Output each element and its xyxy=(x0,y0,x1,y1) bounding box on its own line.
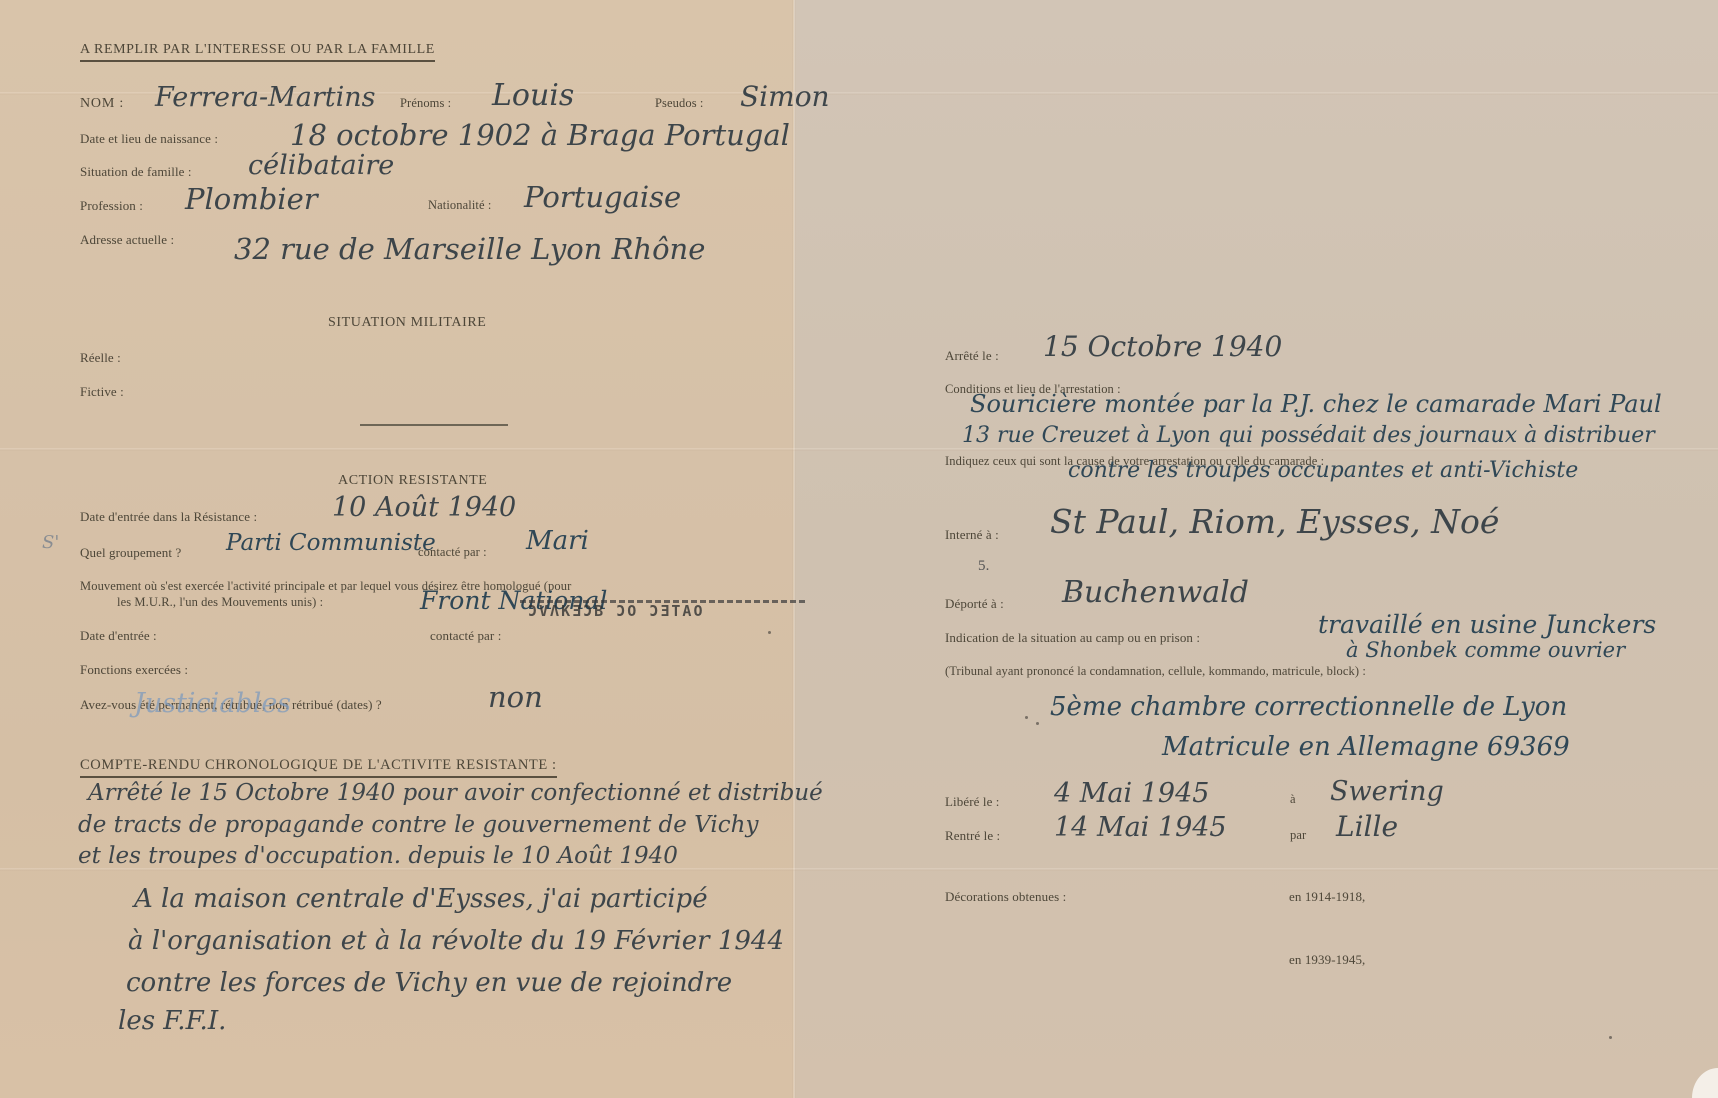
prenoms-label: Prénoms : xyxy=(400,96,451,111)
nationalite-value: Portugaise xyxy=(524,180,681,214)
margin-mark: S' xyxy=(42,532,59,553)
famille-value: célibataire xyxy=(248,150,394,181)
famille-label: Situation de famille : xyxy=(80,164,192,180)
naissance-label: Date et lieu de naissance : xyxy=(80,131,218,147)
indication-label: Indication de la situation au camp ou en… xyxy=(945,630,1200,646)
nom-value: Ferrera-Martins xyxy=(155,82,376,113)
tribunal-line: Matricule en Allemagne 69369 xyxy=(1162,732,1570,762)
compte-rendu-line: les F.F.I. xyxy=(118,1006,226,1036)
conditions-line: contre les troupes occupantes et anti-Vi… xyxy=(1068,458,1578,483)
nom-label: NOM : xyxy=(80,96,124,112)
date-entree-label: Date d'entrée : xyxy=(80,628,157,644)
interne-value: St Paul, Riom, Eysses, Noé xyxy=(1050,502,1499,541)
profession-value: Plombier xyxy=(185,182,318,216)
form-header: A REMPLIR PAR L'INTERESSE OU PAR LA FAMI… xyxy=(80,42,435,62)
fictive-label: Fictive : xyxy=(80,384,124,400)
action-resistante-title: ACTION RESISTANTE xyxy=(338,473,487,489)
compte-rendu-line: à l'organisation et à la révolte du 19 F… xyxy=(128,926,784,956)
ink-speck xyxy=(1609,1036,1612,1039)
decorations-1914: en 1914-1918, xyxy=(1289,889,1365,905)
arrete-value: 15 Octobre 1940 xyxy=(1043,330,1282,363)
compte-rendu-line: contre les forces de Vichy en vue de rej… xyxy=(126,968,732,998)
pseudos-value: Simon xyxy=(740,80,830,113)
libere-a-value: Swering xyxy=(1330,776,1444,807)
deporte-mark: 5. xyxy=(978,558,989,575)
pseudos-label: Pseudos : xyxy=(655,96,703,111)
contacte-par-label: contacté par : xyxy=(418,545,487,560)
conditions-line: Souricière montée par la P.J. chez le ca… xyxy=(970,390,1662,418)
mouvement-label-line2: les M.U.R., l'un des Mouvements unis) : xyxy=(117,595,323,610)
groupement-label: Quel groupement ? xyxy=(80,545,181,561)
section-divider xyxy=(360,424,508,426)
profession-label: Profession : xyxy=(80,198,143,214)
arrete-label: Arrêté le : xyxy=(945,348,999,364)
compte-rendu-line: Arrêté le 15 Octobre 1940 pour avoir con… xyxy=(88,780,823,806)
deporte-label: Déporté à : xyxy=(945,596,1004,612)
adresse-value: 32 rue de Marseille Lyon Rhône xyxy=(234,232,705,266)
ink-speck xyxy=(768,631,771,634)
fonctions-label: Fonctions exercées : xyxy=(80,662,188,678)
entree-resistance-value: 10 Août 1940 xyxy=(332,492,516,523)
entree-resistance-label: Date d'entrée dans la Résistance : xyxy=(80,509,257,525)
faint-overwrite: Justiciables xyxy=(134,688,291,719)
document-right-page xyxy=(794,0,1718,1098)
libere-label: Libéré le : xyxy=(945,794,1000,810)
rentre-par-value: Lille xyxy=(1336,810,1398,843)
bleed-through-stamp: ƆVΛΚƎƆB ƆO ƆƎTAO xyxy=(528,602,705,620)
libere-a-label: à xyxy=(1290,792,1296,807)
ink-speck xyxy=(1069,596,1072,599)
decorations-label: Décorations obtenues : xyxy=(945,889,1066,905)
situation-militaire-title: SITUATION MILITAIRE xyxy=(328,315,486,331)
prenoms-value: Louis xyxy=(492,78,574,113)
compte-rendu-line: de tracts de propagande contre le gouver… xyxy=(78,812,758,838)
tribunal-label: (Tribunal ayant prononcé la condamnation… xyxy=(945,664,1366,679)
compte-rendu-title: COMPTE-RENDU CHRONOLOGIQUE DE L'ACTIVITE… xyxy=(80,757,557,778)
paper-crease xyxy=(0,448,1718,451)
ink-speck xyxy=(1036,722,1039,725)
rentre-value: 14 Mai 1945 xyxy=(1054,812,1227,843)
indication-line: travaillé en usine Junckers xyxy=(1318,610,1656,639)
page-fold xyxy=(792,0,796,1098)
interne-label: Interné à : xyxy=(945,527,999,543)
rentre-label: Rentré le : xyxy=(945,828,1000,844)
groupement-value: Parti Communiste xyxy=(226,530,436,556)
naissance-value: 18 octobre 1902 à Braga Portugal xyxy=(290,118,790,152)
adresse-label: Adresse actuelle : xyxy=(80,232,174,248)
rentre-par-label: par xyxy=(1290,828,1306,843)
indication-line: à Shonbek comme ouvrier xyxy=(1346,638,1625,662)
deporte-value: Buchenwald xyxy=(1062,575,1249,610)
permanent-value: non xyxy=(488,680,543,714)
reelle-label: Réelle : xyxy=(80,350,121,366)
conditions-line: 13 rue Creuzet à Lyon qui possédait des … xyxy=(962,423,1655,448)
ink-speck xyxy=(1025,716,1028,719)
libere-value: 4 Mai 1945 xyxy=(1054,778,1209,809)
tribunal-line: 5ème chambre correctionnelle de Lyon xyxy=(1050,692,1567,722)
decorations-1939: en 1939-1945, xyxy=(1289,952,1365,968)
contacte-par-2-label: contacté par : xyxy=(430,628,501,644)
contacte-par-value: Mari xyxy=(526,526,589,556)
compte-rendu-line: et les troupes d'occupation. depuis le 1… xyxy=(78,843,678,869)
compte-rendu-line: A la maison centrale d'Eysses, j'ai part… xyxy=(134,884,708,914)
nationalite-label: Nationalité : xyxy=(428,198,491,213)
